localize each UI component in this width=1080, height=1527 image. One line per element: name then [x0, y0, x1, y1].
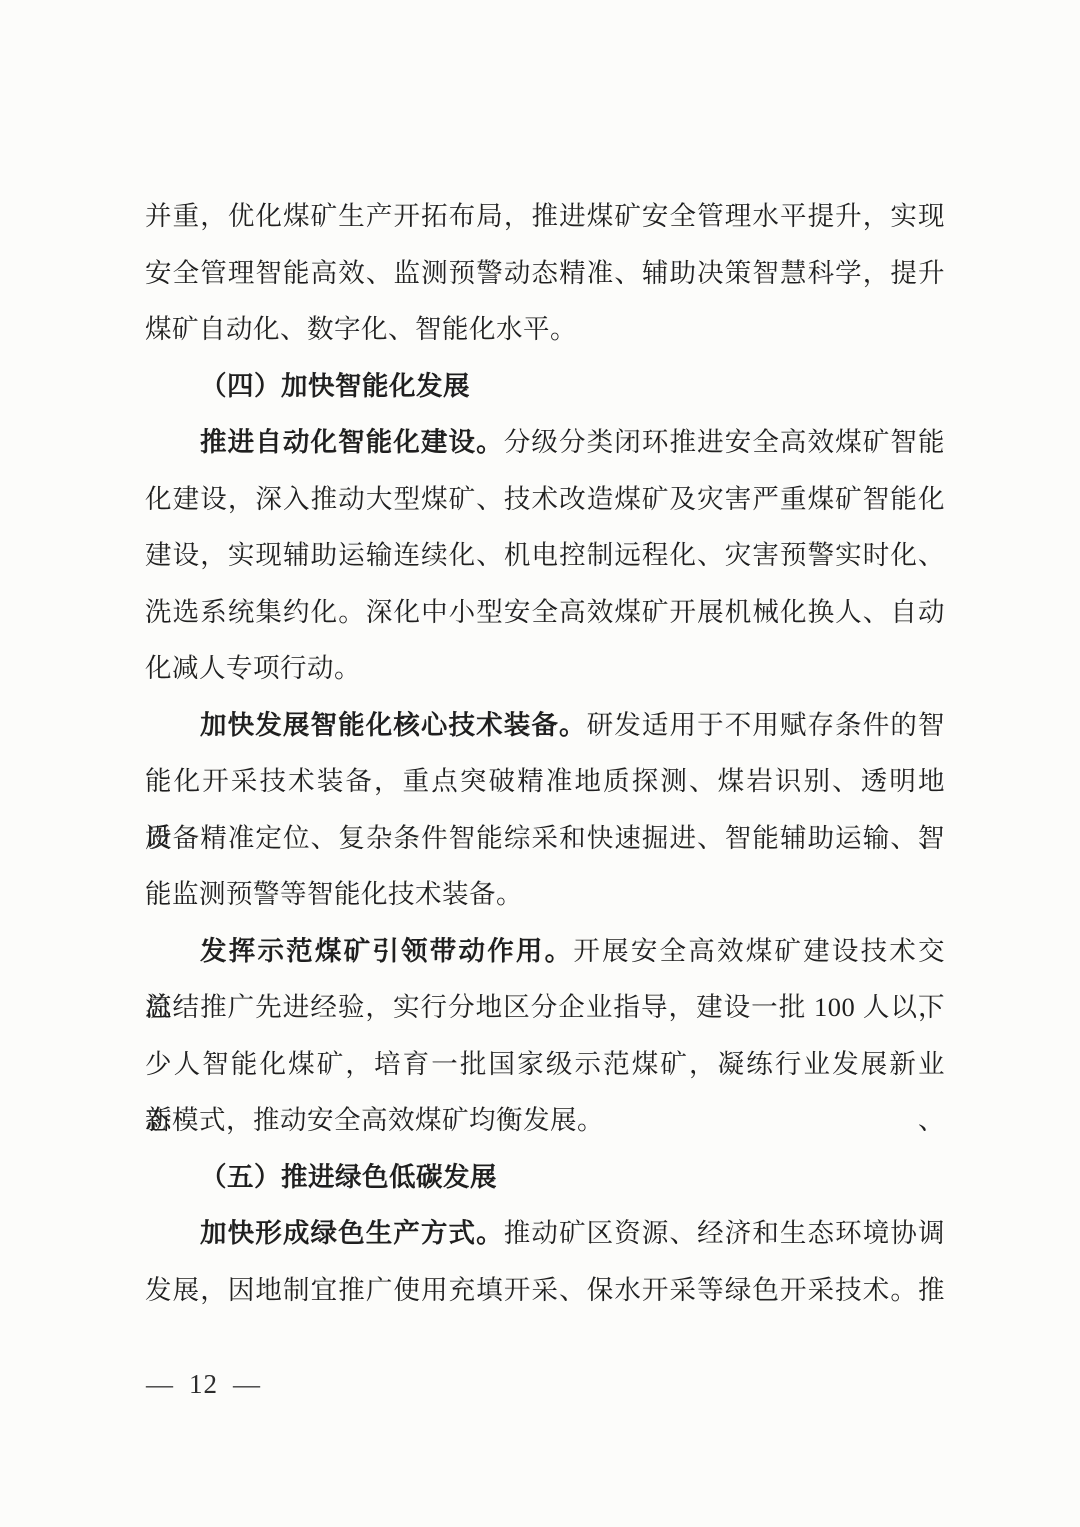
page-footer: — 12 —	[146, 1364, 261, 1404]
bold-lead-in: 加快形成绿色生产方式。	[200, 1218, 504, 1248]
body-text: 化建设，深入推动大型煤矿、技术改造煤矿及灾害严重煤矿智能化	[145, 484, 945, 514]
bold-lead-in: 推进自动化智能化建设。	[200, 427, 504, 457]
body-text: 安全管理智能高效、监测预警动态精准、辅助决策智慧科学，提升	[145, 258, 945, 288]
text-line: 发展，因地制宜推广使用充填开采、保水开采等绿色开采技术。推	[145, 1262, 945, 1319]
text-line: 化减人专项行动。	[145, 640, 945, 697]
bold-lead-in: 发挥示范煤矿引领带动作用。	[200, 936, 573, 966]
body-text: 研发适用于不用赋存条件的智	[587, 710, 945, 740]
text-line: 设备精准定位、复杂条件智能综采和快速掘进、智能辅助运输、智	[145, 810, 945, 867]
document-body: 并重，优化煤矿生产开拓布局，推进煤矿安全管理水平提升，实现 安全管理智能高效、监…	[145, 188, 945, 1318]
text-line: 建设，实现辅助运输连续化、机电控制远程化、灾害预警实时化、	[145, 527, 945, 584]
body-text: 总结推广先进经验，实行分地区分企业指导，建设一批 100 人以下	[145, 992, 945, 1022]
page-number: 12	[189, 1364, 218, 1404]
text-line: 安全管理智能高效、监测预警动态精准、辅助决策智慧科学，提升	[145, 245, 945, 302]
text-line: 煤矿自动化、数字化、智能化水平。	[145, 301, 945, 358]
heading-text: （五）推进绿色低碳发展	[200, 1162, 497, 1192]
text-line: 推进自动化智能化建设。分级分类闭环推进安全高效煤矿智能	[145, 414, 945, 471]
footer-dash-right: —	[233, 1364, 261, 1404]
bold-lead-in: 加快发展智能化核心技术装备。	[200, 710, 587, 740]
footer-dash-left: —	[146, 1364, 174, 1404]
document-page: 并重，优化煤矿生产开拓布局，推进煤矿安全管理水平提升，实现 安全管理智能高效、监…	[0, 0, 1080, 1527]
body-text: 新模式，推动安全高效煤矿均衡发展。	[145, 1105, 604, 1135]
body-text: 煤矿自动化、数字化、智能化水平。	[145, 314, 577, 344]
text-line: 总结推广先进经验，实行分地区分企业指导，建设一批 100 人以下	[145, 979, 945, 1036]
body-text: 并重，优化煤矿生产开拓布局，推进煤矿安全管理水平提升，实现	[145, 201, 945, 231]
body-text: 发展，因地制宜推广使用充填开采、保水开采等绿色开采技术。推	[145, 1275, 945, 1305]
body-text: 洗选系统集约化。深化中小型安全高效煤矿开展机械化换人、自动	[145, 597, 945, 627]
body-text: 化减人专项行动。	[145, 653, 361, 683]
body-text: 建设，实现辅助运输连续化、机电控制远程化、灾害预警实时化、	[145, 540, 945, 570]
heading-text: （四）加快智能化发展	[200, 371, 470, 401]
section-heading: （五）推进绿色低碳发展	[145, 1149, 945, 1206]
text-line: 并重，优化煤矿生产开拓布局，推进煤矿安全管理水平提升，实现	[145, 188, 945, 245]
text-line: 洗选系统集约化。深化中小型安全高效煤矿开展机械化换人、自动	[145, 584, 945, 641]
body-text: 分级分类闭环推进安全高效煤矿智能	[504, 427, 945, 457]
text-line: 能监测预警等智能化技术装备。	[145, 866, 945, 923]
text-line: 化建设，深入推动大型煤矿、技术改造煤矿及灾害严重煤矿智能化	[145, 471, 945, 528]
text-line: 加快形成绿色生产方式。推动矿区资源、经济和生态环境协调	[145, 1205, 945, 1262]
body-text: 设备精准定位、复杂条件智能综采和快速掘进、智能辅助运输、智	[145, 823, 945, 853]
text-line: 加快发展智能化核心技术装备。研发适用于不用赋存条件的智	[145, 697, 945, 754]
text-line: 发挥示范煤矿引领带动作用。开展安全高效煤矿建设技术交流，	[145, 923, 945, 980]
body-text: 能监测预警等智能化技术装备。	[145, 879, 523, 909]
text-line: 少人智能化煤矿，培育一批国家级示范煤矿，凝练行业发展新业态、	[145, 1036, 945, 1093]
section-heading: （四）加快智能化发展	[145, 358, 945, 415]
body-text: 推动矿区资源、经济和生态环境协调	[504, 1218, 945, 1248]
text-line: 能化开采技术装备，重点突破精准地质探测、煤岩识别、透明地质、	[145, 753, 945, 810]
